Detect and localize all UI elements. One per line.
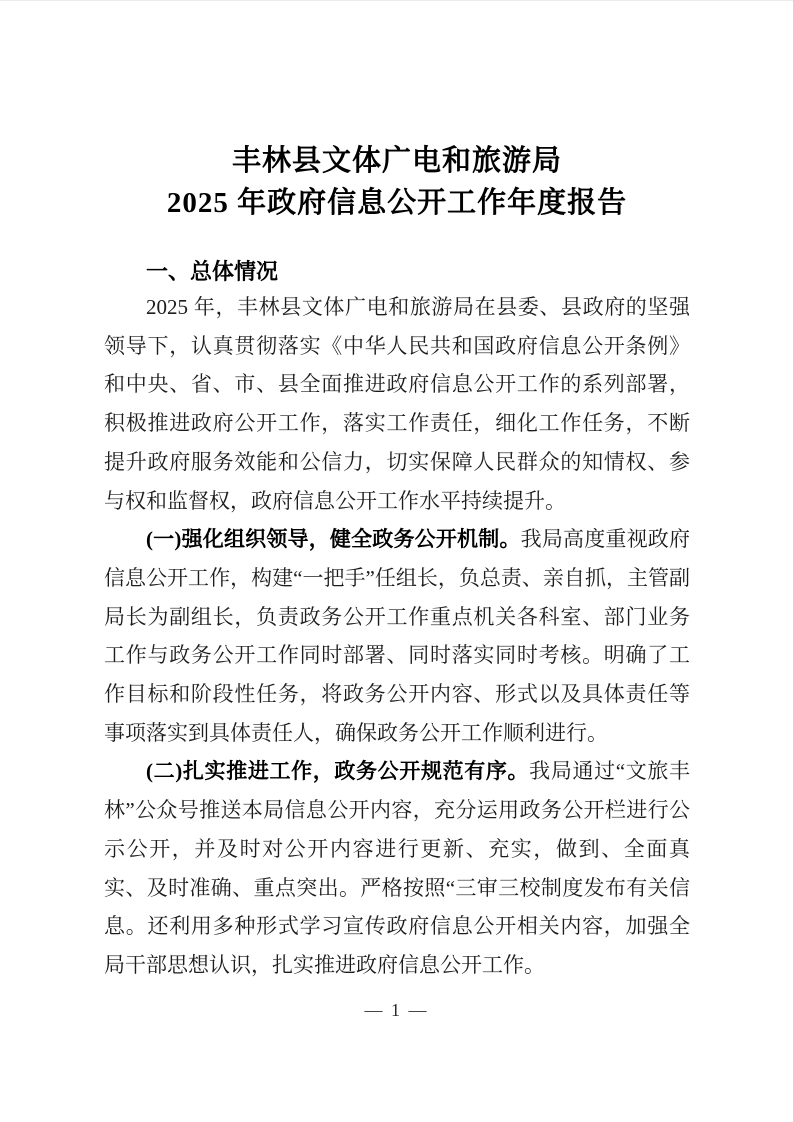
paragraph-implementation: (二)扎实推进工作，政务公开规范有序。我局通过“文旅丰林”公众号推送本局信息公开… [104,752,690,984]
paragraph-text: 我局通过“文旅丰林”公众号推送本局信息公开内容，充分运用政务公开栏进行公示公开，… [104,759,690,977]
page-number: — 1 — [0,1000,793,1021]
paragraph-text: 2025 年，丰林县文体广电和旅游局在县委、县政府的坚强领导下，认真贯彻落实《中… [104,295,690,513]
section-heading: 一、总体情况 [104,257,690,287]
paragraph-organization: (一)强化组织领导，健全政务公开机制。我局高度重视政府信息公开工作，构建“一把手… [104,520,690,752]
document-content: 丰林县文体广电和旅游局 2025 年政府信息公开工作年度报告 一、总体情况 20… [104,0,690,985]
document-title-line-1: 丰林县文体广电和旅游局 [104,140,690,182]
document-page: 丰林县文体广电和旅游局 2025 年政府信息公开工作年度报告 一、总体情况 20… [0,0,793,1122]
document-title: 丰林县文体广电和旅游局 2025 年政府信息公开工作年度报告 [104,140,690,224]
paragraph-lead: (二)扎实推进工作，政务公开规范有序。 [146,759,529,783]
paragraph-lead: (一)强化组织领导，健全政务公开机制。 [146,527,521,551]
paragraph-overview: 2025 年，丰林县文体广电和旅游局在县委、县政府的坚强领导下，认真贯彻落实《中… [104,288,690,520]
document-title-line-2: 2025 年政府信息公开工作年度报告 [104,182,690,224]
document-body: 2025 年，丰林县文体广电和旅游局在县委、县政府的坚强领导下，认真贯彻落实《中… [104,288,690,985]
paragraph-text: 我局高度重视政府信息公开工作，构建“一把手”任组长，负总责、亲自抓，主管副局长为… [104,527,690,745]
